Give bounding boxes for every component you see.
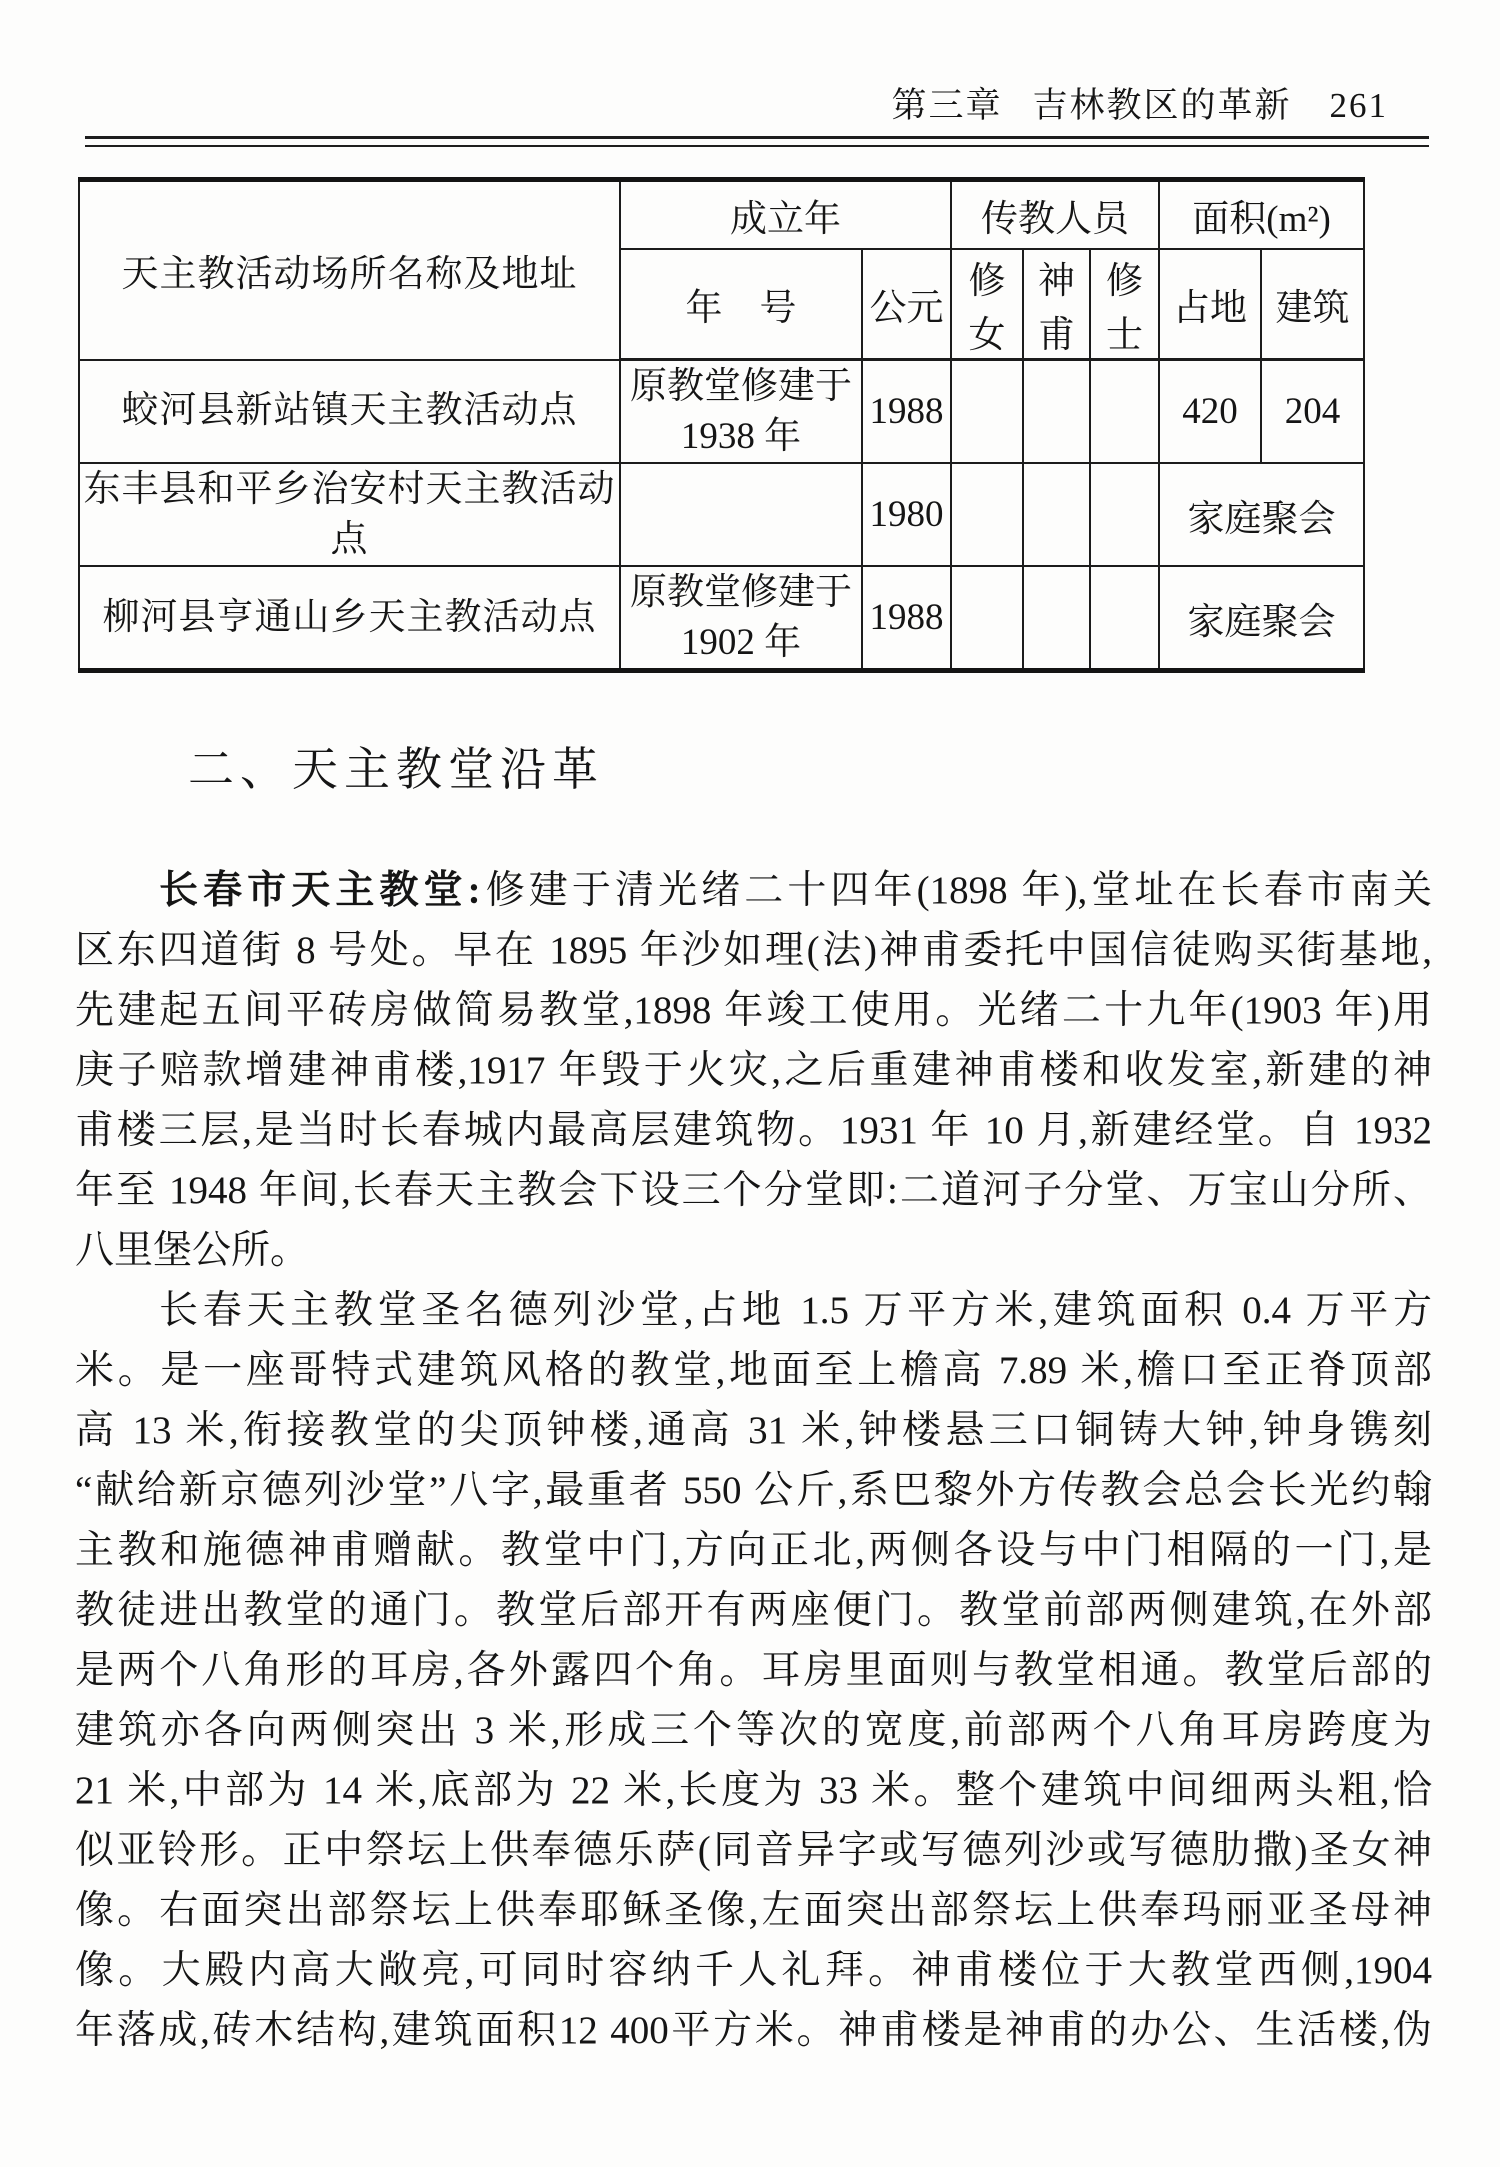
column-header-building-area: 建筑: [1261, 249, 1364, 360]
column-header-monk: 修士: [1090, 249, 1159, 360]
text-line: 甫楼三层,是当时长春城内最高层建筑物。1931 年 10 月,新建经堂。自 19…: [75, 1101, 1432, 1161]
table-group-header-row: 天主教活动场所名称及地址 成立年 传教人员 面积(m²): [79, 180, 1364, 250]
table-row: 蛟河县新站镇天主教活动点 原教堂修建于1938 年 1988 420 204: [79, 360, 1364, 464]
cell-gregorian-year: 1988: [862, 566, 951, 671]
column-header-priest: 神甫: [1023, 249, 1090, 360]
text-line: 是两个八角形的耳房,各外露四个角。耳房里面则与教堂相通。教堂后部的: [75, 1641, 1432, 1701]
header-rule: [85, 136, 1429, 147]
page-number: 261: [1330, 86, 1389, 125]
column-group-founding-year: 成立年: [620, 180, 951, 250]
cell-building-area: 204: [1261, 360, 1364, 464]
text-line: 长春天主教堂圣名德列沙堂,占地 1.5 万平方米,建筑面积 0.4 万平方: [75, 1281, 1432, 1341]
cell-priest: [1023, 566, 1090, 671]
text-line: 像。右面突出部祭坛上供奉耶稣圣像,左面突出部祭坛上供奉玛丽亚圣母神: [75, 1881, 1432, 1941]
text-line: 教徒进出教堂的通门。教堂后部开有两座便门。教堂前部两侧建筑,在外部: [75, 1581, 1432, 1641]
cell-site-name: 柳河县亨通山乡天主教活动点: [79, 566, 620, 671]
text-line: 区东四道街 8 号处。早在 1895 年沙如理(法)神甫委托中国信徒购买街基地,: [75, 921, 1432, 981]
cell-priest: [1023, 463, 1090, 566]
column-header-nun: 修女: [951, 249, 1023, 360]
cell-gregorian-year: 1980: [862, 463, 951, 566]
book-page: 第三章吉林教区的革新261 天主教活动场所名称及地址 成立年 传教人员 面积(m…: [0, 0, 1500, 2167]
column-header-gregorian: 公元: [862, 249, 951, 360]
activity-sites-table: 天主教活动场所名称及地址 成立年 传教人员 面积(m²) 年 号 公元 修女 神…: [78, 177, 1365, 673]
cell-land-area: 420: [1159, 360, 1261, 464]
table-row: 柳河县亨通山乡天主教活动点 原教堂修建于1902 年 1988 家庭聚会: [79, 566, 1364, 671]
cell-nun: [951, 566, 1023, 671]
cell-site-name: 蛟河县新站镇天主教活动点: [79, 360, 620, 464]
text-line: 先建起五间平砖房做简易教堂,1898 年竣工使用。光绪二十九年(1903 年)用: [75, 981, 1432, 1041]
text-line: 像。大殿内高大敞亮,可同时容纳千人礼拜。神甫楼位于大教堂西侧,1904: [75, 1941, 1432, 2001]
page-header: 第三章吉林教区的革新261: [0, 86, 1388, 126]
chapter-title: 吉林教区的革新: [1032, 86, 1291, 125]
text-line: 米。是一座哥特式建筑风格的教堂,地面至上檐高 7.89 米,檐口至正脊顶部: [75, 1341, 1432, 1401]
cell-priest: [1023, 360, 1090, 464]
article-body: 长春市天主教堂:修建于清光绪二十四年(1898 年),堂址在长春市南关 区东四道…: [75, 861, 1432, 2061]
cell-area-merged: 家庭聚会: [1159, 566, 1364, 671]
text-line: 八里堡公所。: [75, 1221, 1432, 1281]
cell-nun: [951, 360, 1023, 464]
section-heading: 二、天主教堂沿革: [188, 733, 604, 799]
text-line: “献给新京德列沙堂”八字,最重者 550 公斤,系巴黎外方传教会总会长光约翰: [75, 1461, 1432, 1521]
text-line: 高 13 米,衔接教堂的尖顶钟楼,通高 31 米,钟楼悬三口铜铸大钟,钟身镌刻: [75, 1401, 1432, 1461]
column-header-era-name: 年 号: [620, 249, 862, 360]
chapter-label: 第三章: [891, 86, 1002, 125]
column-group-area: 面积(m²): [1159, 180, 1364, 250]
column-header-site-name: 天主教活动场所名称及地址: [79, 180, 620, 360]
text-line: 21 米,中部为 14 米,底部为 22 米,长度为 33 米。整个建筑中间细两…: [75, 1761, 1432, 1821]
text-line: 年至 1948 年间,长春天主教会下设三个分堂即:二道河子分堂、万宝山分所、: [75, 1161, 1432, 1221]
cell-era-note: 原教堂修建于1938 年: [620, 360, 862, 464]
table-row: 东丰县和平乡治安村天主教活动点 1980 家庭聚会: [79, 463, 1364, 566]
column-group-missionaries: 传教人员: [951, 180, 1159, 250]
text-line-content: 修建于清光绪二十四年(1898 年),堂址在长春市南关: [482, 869, 1432, 912]
cell-monk: [1090, 360, 1159, 464]
cell-area-merged: 家庭聚会: [1159, 463, 1364, 566]
text-line: 年落成,砖木结构,建筑面积12 400平方米。神甫楼是神甫的办公、生活楼,伪: [75, 2001, 1432, 2061]
text-line: 似亚铃形。正中祭坛上供奉德乐萨(同音异字或写德列沙或写德肋撒)圣女神: [75, 1821, 1432, 1881]
text-line: 长春市天主教堂:修建于清光绪二十四年(1898 年),堂址在长春市南关: [75, 861, 1432, 921]
cell-monk: [1090, 463, 1159, 566]
cell-site-name: 东丰县和平乡治安村天主教活动点: [79, 463, 620, 566]
cell-gregorian-year: 1988: [862, 360, 951, 464]
cell-era-note: [620, 463, 862, 566]
text-line: 建筑亦各向两侧突出 3 米,形成三个等次的宽度,前部两个八角耳房跨度为: [75, 1701, 1432, 1761]
cell-monk: [1090, 566, 1159, 671]
text-line: 主教和施德神甫赠献。教堂中门,方向正北,两侧各设与中门相隔的一门,是: [75, 1521, 1432, 1581]
paragraph-lead: 长春市天主教堂:: [159, 869, 482, 912]
cell-nun: [951, 463, 1023, 566]
cell-era-note: 原教堂修建于1902 年: [620, 566, 862, 671]
column-header-land-area: 占地: [1159, 249, 1261, 360]
text-line: 庚子赔款增建神甫楼,1917 年毁于火灾,之后重建神甫楼和收发室,新建的神: [75, 1041, 1432, 1101]
